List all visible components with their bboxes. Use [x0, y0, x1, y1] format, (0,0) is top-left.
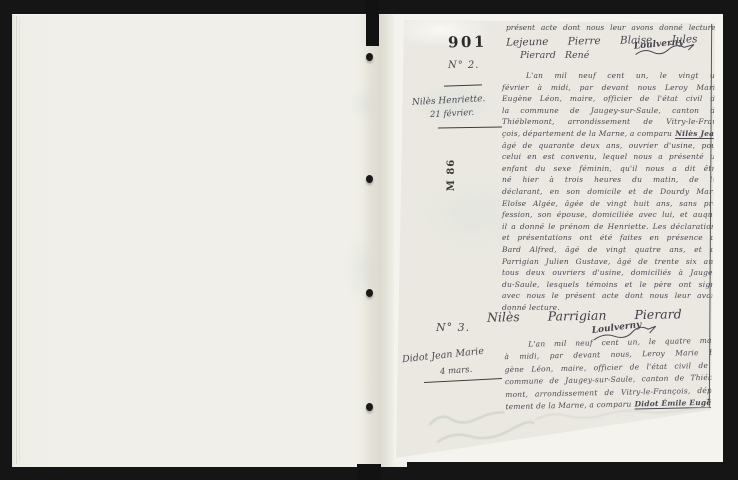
stitch-hole: [366, 175, 373, 183]
archival-scan-viewport: + 901 M 86 présent acte dont nous leur a…: [0, 0, 738, 480]
spine-clamp-bottom: [357, 464, 381, 480]
scanned-register-page: + 901 M 86 présent acte dont nous leur a…: [394, 14, 724, 466]
left-blank-page: [12, 14, 407, 467]
spine-clamp-top: [366, 0, 379, 46]
stitch-hole: [366, 53, 373, 61]
stitch-hole: [366, 289, 373, 297]
act3-body: L'an mil neuf cent un, le quatre mars, à…: [389, 11, 728, 470]
stitch-hole: [366, 403, 373, 411]
page-edge-line-inner: [19, 18, 20, 462]
gutter-fold-shadow: [362, 14, 396, 467]
page-edge-line: [16, 16, 17, 464]
